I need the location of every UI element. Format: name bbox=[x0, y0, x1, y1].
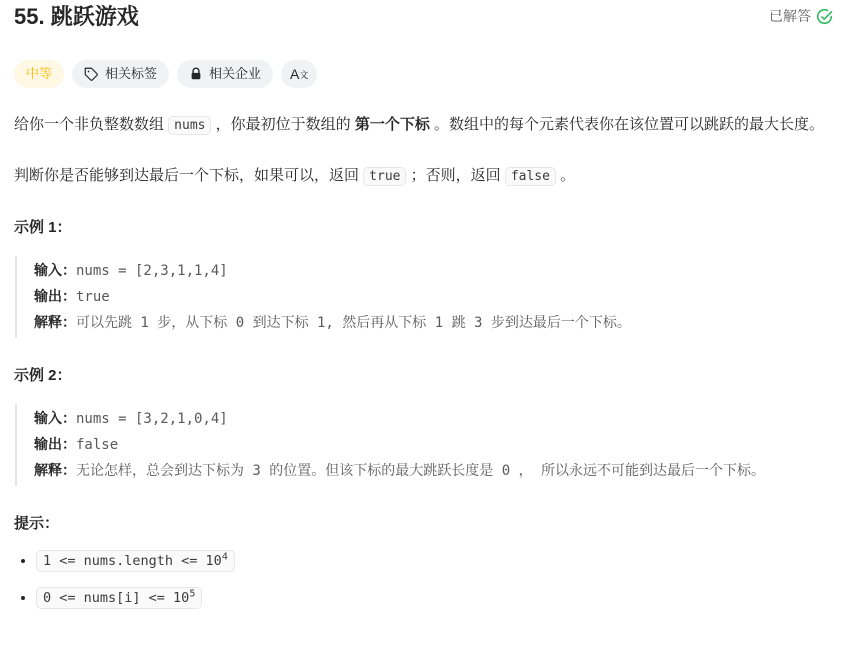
constraint-code: 1 <= nums.length <= 104 bbox=[36, 550, 235, 572]
translate-icon-sub: 文 bbox=[299, 71, 308, 80]
constraint-code: 0 <= nums[i] <= 105 bbox=[36, 587, 202, 609]
lock-icon bbox=[189, 67, 203, 81]
difficulty-badge[interactable]: 中等 bbox=[14, 60, 64, 88]
constraint-exponent: 4 bbox=[222, 551, 228, 562]
desc-text: 给你一个非负整数数组 bbox=[14, 116, 168, 133]
solved-check-icon bbox=[816, 8, 833, 25]
example-input-row: 输入：nums = [3,2,1,0,4] bbox=[34, 406, 833, 432]
description-paragraph-2: 判断你是否能够到达最后一个下标，如果可以，返回 true ；否则，返回 fals… bbox=[14, 163, 833, 190]
related-companies-label: 相关企业 bbox=[209, 60, 261, 88]
constraint-item: 0 <= nums[i] <= 105 bbox=[36, 589, 833, 608]
desc-bold-text: 第一个下标 bbox=[355, 116, 430, 133]
related-companies-button[interactable]: 相关企业 bbox=[177, 60, 273, 88]
desc-text: 。数组中的每个元素代表你在该位置可以跳跃的最大长度。 bbox=[430, 116, 824, 133]
desc-text: 判断你是否能够到达最后一个下标，如果可以，返回 bbox=[14, 167, 363, 184]
example-output-label: 输出： bbox=[34, 436, 76, 452]
solved-status: 已解答 bbox=[769, 6, 833, 26]
example-2-heading: 示例 2： bbox=[14, 364, 833, 385]
constraint-exponent: 5 bbox=[189, 589, 195, 600]
constraints-heading: 提示： bbox=[14, 512, 833, 533]
problem-header: 55. 跳跃游戏 已解答 bbox=[14, 2, 833, 32]
example-1-heading: 示例 1： bbox=[14, 216, 833, 237]
example-explanation-row: 解释：无论怎样，总会到达下标为 3 的位置。但该下标的最大跳跃长度是 0 ， 所… bbox=[34, 458, 833, 484]
inline-code-false: false bbox=[505, 167, 556, 186]
example-explanation-label: 解释： bbox=[34, 462, 76, 478]
page-title: 55. 跳跃游戏 bbox=[14, 2, 139, 32]
constraint-text: 1 <= nums.length <= 10 bbox=[43, 553, 222, 569]
desc-text: ；否则，返回 bbox=[406, 167, 504, 184]
badge-row: 中等 相关标签 相关企业 A 文 bbox=[14, 60, 833, 88]
constraint-item: 1 <= nums.length <= 104 bbox=[36, 551, 833, 570]
translate-icon: A bbox=[290, 67, 299, 81]
example-explanation-label: 解释： bbox=[34, 314, 76, 330]
example-input-value: nums = [2,3,1,1,4] bbox=[76, 263, 228, 279]
inline-code-nums: nums bbox=[168, 116, 211, 135]
example-output-label: 输出： bbox=[34, 288, 76, 304]
example-output-value: false bbox=[76, 437, 118, 453]
example-output-row: 输出：false bbox=[34, 432, 833, 458]
tag-icon bbox=[84, 67, 99, 82]
example-input-row: 输入：nums = [2,3,1,1,4] bbox=[34, 258, 833, 284]
desc-text: ，你最初位于数组的 bbox=[211, 116, 354, 133]
example-input-label: 输入： bbox=[34, 262, 76, 278]
desc-text: 。 bbox=[556, 167, 575, 184]
example-output-row: 输出：true bbox=[34, 284, 833, 310]
example-explanation-row: 解释：可以先跳 1 步，从下标 0 到达下标 1, 然后再从下标 1 跳 3 步… bbox=[34, 310, 833, 336]
translate-button[interactable]: A 文 bbox=[281, 60, 317, 88]
constraints-list: 1 <= nums.length <= 104 0 <= nums[i] <= … bbox=[14, 551, 833, 607]
example-input-value: nums = [3,2,1,0,4] bbox=[76, 411, 228, 427]
example-output-value: true bbox=[76, 289, 110, 305]
description-paragraph-1: 给你一个非负整数数组 nums ，你最初位于数组的 第一个下标 。数组中的每个元… bbox=[14, 112, 833, 139]
problem-description-panel: 55. 跳跃游戏 已解答 中等 相关标签 bbox=[0, 0, 847, 607]
example-explanation-value: 无论怎样，总会到达下标为 3 的位置。但该下标的最大跳跃长度是 0 ， 所以永远… bbox=[76, 463, 765, 479]
example-input-label: 输入： bbox=[34, 410, 76, 426]
related-tags-button[interactable]: 相关标签 bbox=[72, 60, 169, 88]
related-tags-label: 相关标签 bbox=[105, 60, 157, 88]
example-2-block: 输入：nums = [3,2,1,0,4] 输出：false 解释：无论怎样，总… bbox=[15, 404, 833, 486]
inline-code-true: true bbox=[363, 167, 406, 186]
constraint-text: 0 <= nums[i] <= 10 bbox=[43, 590, 189, 606]
solved-label: 已解答 bbox=[769, 6, 811, 26]
example-explanation-value: 可以先跳 1 步，从下标 0 到达下标 1, 然后再从下标 1 跳 3 步到达最… bbox=[76, 315, 631, 331]
example-1-block: 输入：nums = [2,3,1,1,4] 输出：true 解释：可以先跳 1 … bbox=[15, 256, 833, 338]
